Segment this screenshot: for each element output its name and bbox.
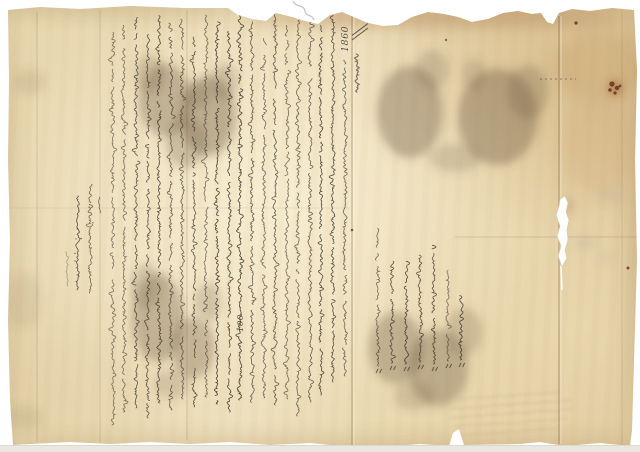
showthrough-line <box>456 417 567 427</box>
legible-number-text: 100 <box>236 314 246 332</box>
scanned-document-image: 1860100 Scanned aged handwritten manuscr… <box>0 0 640 452</box>
main-text-line <box>283 26 290 400</box>
showthrough-line <box>451 399 571 410</box>
showthrough-line <box>450 408 573 419</box>
showthrough-text <box>449 390 575 437</box>
ottoman-header-line <box>66 252 69 286</box>
main-text-line <box>248 22 256 403</box>
main-text-line <box>308 12 314 402</box>
tear-slit <box>561 266 562 290</box>
main-text-line <box>271 15 279 406</box>
main-text-line <box>236 13 244 400</box>
signature-line <box>355 54 360 92</box>
main-text-line <box>295 20 302 416</box>
manuscript-artwork-layer: 1860100 <box>0 0 640 452</box>
ottoman-header-line <box>76 196 80 290</box>
showthrough-line <box>457 391 561 401</box>
paper-fiber-thread <box>293 1 314 20</box>
main-text-line <box>108 27 116 425</box>
ink-stains <box>0 50 623 430</box>
closing-text-line <box>329 16 336 382</box>
main-text-line <box>318 26 324 395</box>
showthrough-line <box>463 427 555 436</box>
tear-hole <box>556 196 569 267</box>
main-text-line <box>121 26 128 413</box>
legible-year-text: 1860 <box>340 26 351 52</box>
closing-text-line <box>342 60 347 376</box>
ottoman-header-line <box>86 184 93 293</box>
scanner-edge-strip <box>0 445 640 452</box>
main-text-line <box>260 38 267 398</box>
